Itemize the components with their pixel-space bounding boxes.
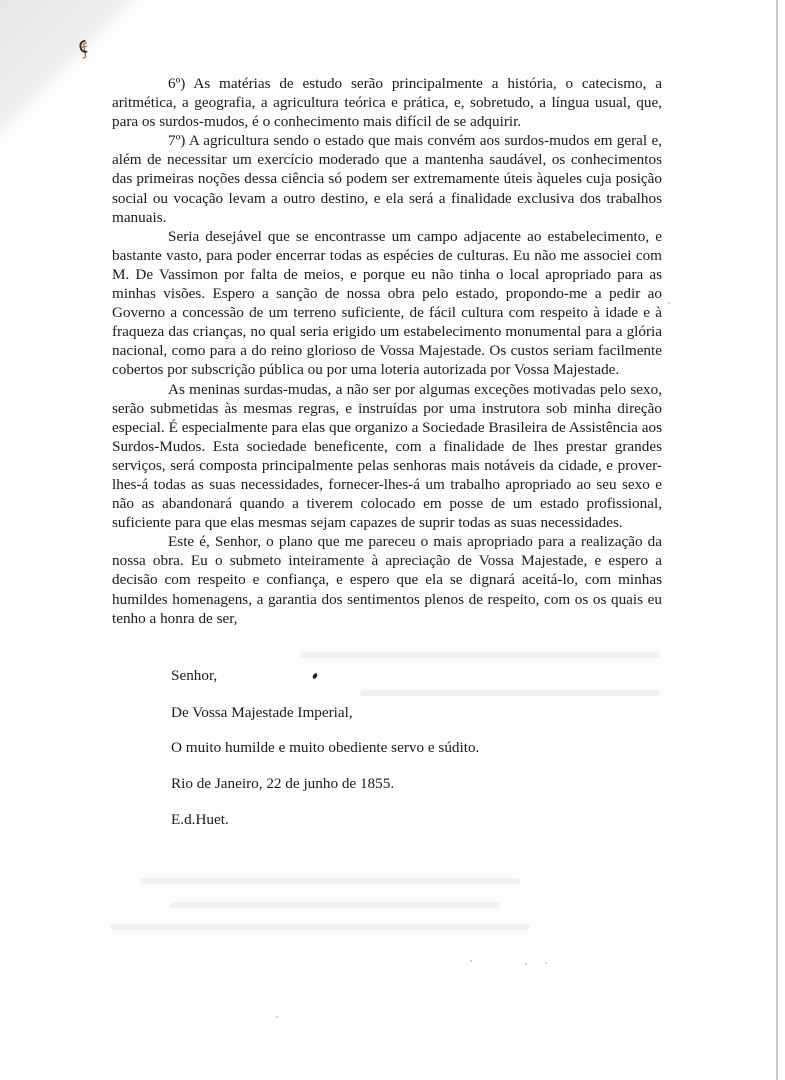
speck xyxy=(545,962,547,964)
paragraph-field-land: Seria desejável que se encontrasse um ca… xyxy=(112,227,662,380)
ink-blot xyxy=(312,672,318,679)
speck xyxy=(276,1016,278,1018)
bleed-through xyxy=(360,690,660,696)
paragraph-item-7: 7º) A agricultura sendo o estado que mai… xyxy=(112,131,662,226)
closing-salutation: Senhor, xyxy=(171,666,217,685)
speck xyxy=(470,960,472,962)
bleed-through xyxy=(110,924,530,930)
closing-address: De Vossa Majestade Imperial, xyxy=(171,703,353,722)
closing-place-date: Rio de Janeiro, 22 de junho de 1855. xyxy=(171,774,394,793)
paragraph-item-6: 6º) As matérias de estudo serão principa… xyxy=(112,74,662,131)
scanned-page: ƒ 6º) As matérias de estudo serão princi… xyxy=(0,0,785,1080)
bleed-through xyxy=(170,902,500,908)
bleed-through xyxy=(300,652,660,658)
letter-body: 6º) As matérias de estudo serão principa… xyxy=(112,74,662,628)
paragraph-deaf-girls: As meninas surdas-mudas, a não ser por a… xyxy=(112,380,662,533)
closing-sign-off: O muito humilde e muito obediente servo … xyxy=(171,738,479,757)
page-margin-outside xyxy=(778,0,785,1080)
speck xyxy=(668,302,670,304)
bleed-through xyxy=(140,878,520,884)
paragraph-conclusion: Este é, Senhor, o plano que me pareceu o… xyxy=(112,532,662,627)
speck xyxy=(525,963,527,965)
signature: E.d.Huet. xyxy=(171,810,229,829)
